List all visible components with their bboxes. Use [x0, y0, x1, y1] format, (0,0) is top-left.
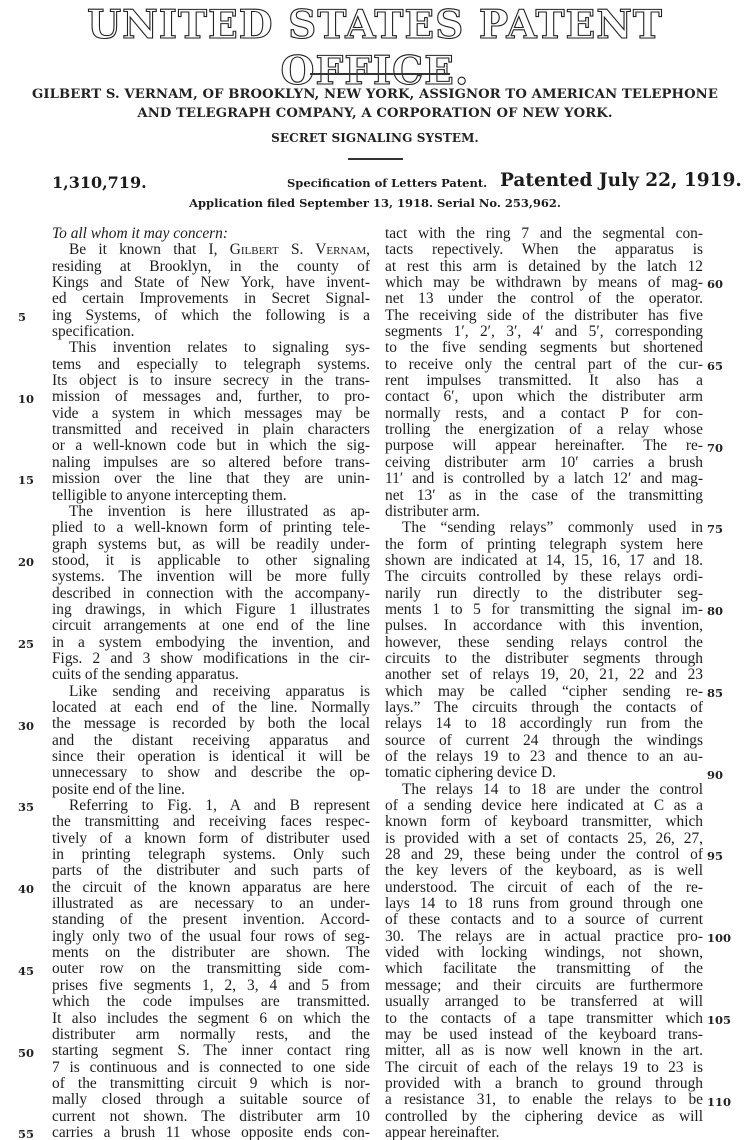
text-line: located at each end of the line. Normall…: [52, 700, 370, 716]
text-line: ing Systems, of which the following is a: [52, 308, 370, 324]
text-line: Its object is to insure secrecy in the t…: [52, 373, 370, 389]
text-line: tively of a known form of distributer us…: [52, 831, 370, 847]
text-line: The receiving side of the distributer ha…: [385, 308, 703, 324]
patent-office-title: UNITED STATES PATENT OFFICE.: [0, 2, 750, 94]
text-line: another set of relays 19, 20, 21, 22 and…: [385, 667, 703, 683]
text-line: trolling the energization of a relay who…: [385, 422, 703, 438]
text-line: the transmitting and receiving faces res…: [52, 814, 370, 830]
text-line: source of current 24 through the winding…: [385, 733, 703, 749]
line-number: 60: [707, 277, 723, 291]
text-line: It also includes the segment 6 on which …: [52, 1011, 370, 1027]
line-number: 80: [707, 604, 723, 618]
line-number: 100: [707, 931, 731, 945]
text-line: ments on the distributer are shown. The: [52, 945, 370, 961]
text-line: standing of the present invention. Accor…: [52, 912, 370, 928]
inventor-name: Gilbert S. Vernam,: [230, 241, 370, 258]
text-line: 30. The relays are in actual practice pr…: [385, 929, 703, 945]
line-number: 50: [18, 1046, 34, 1060]
text-line: circuit arrangements at one end of the l…: [52, 618, 370, 634]
text-line: illustrated as are necessary to an under…: [52, 896, 370, 912]
text-line: net 13′ as in the case of the transmitti…: [385, 488, 703, 504]
text-line: the key levers of the keyboard, as is we…: [385, 863, 703, 879]
text-line: distributer arm normally rests, and the: [52, 1027, 370, 1043]
text-line: relays 14 to 18 accordingly run from the: [385, 716, 703, 732]
text-line: a resistance 31, to enable the relays to…: [385, 1092, 703, 1108]
line-number: 105: [707, 1013, 731, 1027]
title-rule: [310, 73, 450, 75]
text-line: to the contacts of a tape transmitter wh…: [385, 1011, 703, 1027]
text-line: understood. The circuit of each of the r…: [385, 880, 703, 896]
text-line: Figs. 2 and 3 show modifications in the …: [52, 651, 370, 667]
text-line: to the five sending segments but shorten…: [385, 340, 703, 356]
text-line: controlled by the ciphering device as wi…: [385, 1109, 703, 1125]
text-line: Be it known that I, Gilbert S. Vernam,: [52, 242, 370, 258]
text-line: of the relays 19 to 23 and thence to an …: [385, 749, 703, 765]
text-line: Like sending and receiving apparatus is: [52, 684, 370, 700]
line-number: 30: [18, 719, 34, 733]
text-line: Kings and State of New York, have invent…: [52, 275, 370, 291]
text-line: ments 1 to 5 for transmitting the signal…: [385, 602, 703, 618]
line-number: 85: [707, 686, 723, 700]
text-line: which facilitate the transmitting of the: [385, 961, 703, 977]
text-line: lays 14 to 18 runs from ground through o…: [385, 896, 703, 912]
text-line: telligible to anyone intercepting them.: [52, 488, 370, 504]
text-line: in a system embodying the invention, and: [52, 635, 370, 651]
text-line: which may be withdrawn by means of mag-: [385, 275, 703, 291]
text-line: narily run directly to the distributer s…: [385, 586, 703, 602]
text-line: ed certain Improvements in Secret Signal…: [52, 291, 370, 307]
text-line: to receive only the central part of the …: [385, 357, 703, 373]
text-line: distributer arm.: [385, 504, 703, 520]
text-line: The relays 14 to 18 are under the contro…: [385, 782, 703, 798]
text-line: carries a brush 11 whose opposite ends c…: [52, 1125, 370, 1140]
text-line: plied to a well-known form of printing t…: [52, 520, 370, 536]
text-line: usually arranged to be transferred at wi…: [385, 994, 703, 1010]
patent-spec-row: 1,310,719. Specification of Letters Pate…: [0, 170, 750, 196]
text-line: the circuit of the known apparatus are h…: [52, 880, 370, 896]
line-number: 35: [18, 800, 34, 814]
inventor-line-2: AND TELEGRAPH COMPANY, A CORPORATION OF …: [0, 106, 750, 121]
text-line: ing drawings, in which Figure 1 illustra…: [52, 602, 370, 618]
text-line: the message is recorded by both the loca…: [52, 716, 370, 732]
text-line: described in connection with the accompa…: [52, 586, 370, 602]
text-line: segments 1′, 2′, 3′, 4′ and 5′, correspo…: [385, 324, 703, 340]
line-number: 90: [707, 768, 723, 782]
application-line: Application filed September 13, 1918. Se…: [0, 196, 750, 210]
text-line: 7 is continuous and is connected to one …: [52, 1060, 370, 1076]
text-line: rent impulses transmitted. It also has a: [385, 373, 703, 389]
text-line: mitter, all as is now well known in the …: [385, 1043, 703, 1059]
text-line: of a sending device here indicated at C …: [385, 798, 703, 814]
text-line: graph systems but, as will be readily un…: [52, 537, 370, 553]
text-line: Referring to Fig. 1, A and B represent: [52, 798, 370, 814]
line-number: 10: [18, 392, 34, 406]
text-line: tomatic ciphering device D.: [385, 765, 703, 781]
text-line: 11′ and is controlled by a latch 12′ and…: [385, 471, 703, 487]
right-text-column: tact with the ring 7 and the segmental c…: [385, 226, 703, 1140]
text-line: which may be called “cipher sending re-: [385, 684, 703, 700]
patent-number: 1,310,719.: [52, 173, 147, 192]
text-line: residing at Brooklyn, in the county of: [52, 259, 370, 275]
text-line: pulses. In accordance with this inventio…: [385, 618, 703, 634]
salutation: To all whom it may concern:: [52, 226, 370, 242]
text-line: starting segment S. The inner contact ri…: [52, 1043, 370, 1059]
text-line: 28 and 29, these being under the control…: [385, 847, 703, 863]
text-line: the form of printing telegraph system he…: [385, 537, 703, 553]
text-line: of these contacts and to a source of cur…: [385, 912, 703, 928]
text-line: mission of messages and, further, to pro…: [52, 389, 370, 405]
text-line: transmitted and received in plain charac…: [52, 422, 370, 438]
text-line: ingly only two of the usual four rows of…: [52, 929, 370, 945]
text-line: This invention relates to signaling sys-: [52, 340, 370, 356]
line-number: 65: [707, 359, 723, 373]
text-line: unnecessary to show and describe the op-: [52, 765, 370, 781]
text-line: ceiving distributer arm 10′ carries a br…: [385, 455, 703, 471]
text-line: vide a system in which messages may be: [52, 406, 370, 422]
text-line: parts of the distributer and such parts …: [52, 863, 370, 879]
line-number: 110: [707, 1095, 731, 1109]
text-line: or a well-known code but in which the si…: [52, 438, 370, 454]
text-line: tact with the ring 7 and the segmental c…: [385, 226, 703, 242]
line-number: 5: [18, 310, 26, 324]
line-number: 75: [707, 522, 723, 536]
text-line: vided with locking windings, not shown,: [385, 945, 703, 961]
text-line: mission over the line that they are unin…: [52, 471, 370, 487]
text-line: outer row on the transmitting side com-: [52, 961, 370, 977]
text-line: of the transmitting circuit 9 which is n…: [52, 1076, 370, 1092]
text-line: net 13 under the control of the operator…: [385, 291, 703, 307]
subject-rule: [348, 158, 403, 160]
text-line: circuits to the distributer segments thr…: [385, 651, 703, 667]
text-line: naling impulses are so altered before tr…: [52, 455, 370, 471]
text-line: since their operation is identical it wi…: [52, 749, 370, 765]
text-line: specification.: [52, 324, 370, 340]
specification-label: Specification of Letters Patent.: [287, 176, 487, 190]
line-number: 55: [18, 1127, 34, 1140]
line-number: 20: [18, 555, 34, 569]
text-line: stood, it is applicable to other signali…: [52, 553, 370, 569]
text-line: purpose will appear hereinafter. The re-: [385, 438, 703, 454]
text-line: The invention is here illustrated as ap-: [52, 504, 370, 520]
text-line: The “sending relays” commonly used in: [385, 520, 703, 536]
text-line: mally closed through a suitable source o…: [52, 1092, 370, 1108]
patented-date: Patented July 22, 1919.: [500, 170, 742, 191]
text-line: contact 6′, upon which the distributer a…: [385, 389, 703, 405]
text-line: The circuit of each of the relays 19 to …: [385, 1060, 703, 1076]
text-line: shown are indicated at 14, 15, 16, 17 an…: [385, 553, 703, 569]
patent-subject: SECRET SIGNALING SYSTEM.: [0, 131, 750, 145]
text-line: prises five segments 1, 2, 3, 4 and 5 fr…: [52, 978, 370, 994]
text-line: is provided with a set of contacts 25, 2…: [385, 831, 703, 847]
text-line: message; and their circuits are furtherm…: [385, 978, 703, 994]
text-line: tacts repectively. When the apparatus is: [385, 242, 703, 258]
text-line: however, these sending relays control th…: [385, 635, 703, 651]
text-line: current not shown. The distributer arm 1…: [52, 1109, 370, 1125]
text-line: which the code impulses are transmitted.: [52, 994, 370, 1010]
text-line: lays.” The circuits through the contacts…: [385, 700, 703, 716]
text-line: at rest this arm is detained by the latc…: [385, 259, 703, 275]
left-text-column: To all whom it may concern:Be it known t…: [52, 226, 370, 1140]
text-line: The circuits controlled by these relays …: [385, 569, 703, 585]
text-line: in printing telegraph systems. Only such: [52, 847, 370, 863]
line-number: 15: [18, 473, 34, 487]
text-line: normally rests, and a contact P for con-: [385, 406, 703, 422]
text-line: appear hereinafter.: [385, 1125, 703, 1140]
line-number: 95: [707, 849, 723, 863]
line-number: 40: [18, 882, 34, 896]
text-line: systems. The invention will be more full…: [52, 569, 370, 585]
text-line: and the distant receiving apparatus and: [52, 733, 370, 749]
line-number: 45: [18, 964, 34, 978]
text-line: known form of keyboard transmitter, whic…: [385, 814, 703, 830]
text-line: provided with a branch to ground through: [385, 1076, 703, 1092]
text-line: cuits of the sending apparatus.: [52, 667, 370, 683]
line-number: 25: [18, 637, 34, 651]
text-line: may be used instead of the keyboard tran…: [385, 1027, 703, 1043]
line-number: 70: [707, 441, 723, 455]
inventor-line-1: GILBERT S. VERNAM, OF BROOKLYN, NEW YORK…: [0, 87, 750, 102]
text-line: tems and especially to telegraph systems…: [52, 357, 370, 373]
text-line: posite end of the line.: [52, 782, 370, 798]
